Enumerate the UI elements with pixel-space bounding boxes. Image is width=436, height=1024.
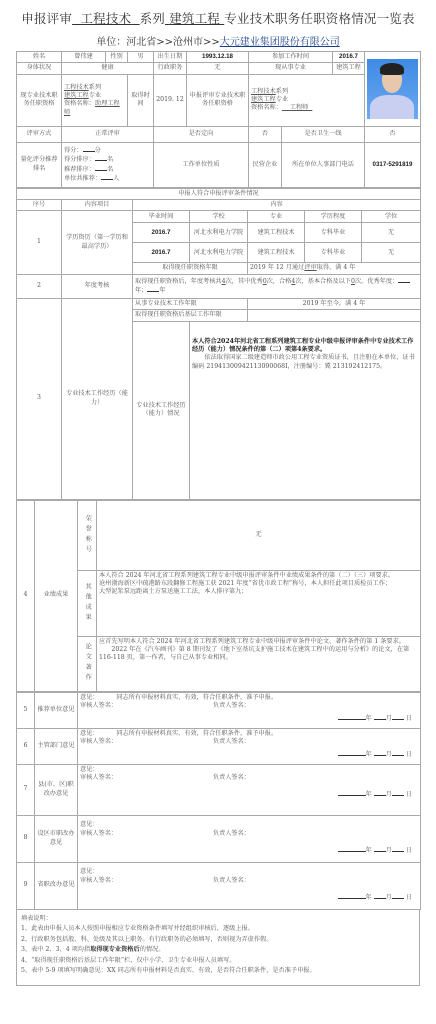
edu-item: 学历资历（第一学历和最高学历） bbox=[62, 211, 133, 274]
paper-label: 论文著作 bbox=[78, 636, 97, 691]
health-label: 身体状况 bbox=[17, 63, 62, 74]
basic-info-table: 姓名 曾伟建 性别 男 出生日期 1993.12.18 参加工作时间 2016.… bbox=[16, 51, 421, 188]
apply-name: 工程师 bbox=[290, 104, 309, 111]
title-series: 工程技术 bbox=[80, 11, 131, 26]
title-prefix: 申报评审 bbox=[21, 11, 72, 26]
cur-qual-series-suffix: 系列 bbox=[89, 84, 101, 91]
ach-no: 4 bbox=[17, 500, 35, 691]
col-content: 内容 bbox=[133, 200, 421, 211]
health-value: 健康 bbox=[62, 63, 154, 74]
birth-value: 1993.12.18 bbox=[187, 52, 249, 63]
cur-qual-value: 工程技术系列 建筑工程专业 资格名称：助理工程师 bbox=[62, 74, 128, 126]
edu-years-value: 2019 年 12 月通过评审取得，满 4 年 bbox=[248, 263, 421, 274]
unit-nature-value: 民营企业 bbox=[249, 142, 282, 187]
ach-item: 业绩成果 bbox=[35, 500, 78, 691]
note-item: 5、表中 5-9 项填写明确意见：XX 同志所有申报材料是否真实、有效，是否符合… bbox=[21, 966, 415, 977]
note-item: 4、“取得现任职资格后基层工作年限”栏，仅中小学、卫生专业申报人员填写。 bbox=[21, 956, 415, 967]
current-major-label: 现从事专业 bbox=[249, 63, 333, 74]
exp-item: 专业技术工作经历（能力） bbox=[62, 298, 133, 499]
ability-value: 本人符合2024年河北省工程系列建筑工程专业中级申报评审条件中专业技术工作经历（… bbox=[190, 321, 421, 499]
col-no: 序号 bbox=[17, 200, 62, 211]
score-lines: 得分：分 得分排序：名 推荐排序：名 单位共推荐：人 bbox=[62, 142, 154, 187]
edu-header: 学历程度 bbox=[305, 211, 362, 223]
col-item: 内容项目 bbox=[62, 200, 133, 211]
opinion-row: 5推荐单位意见 意见： 同志所有申报材料真实、有效，符合任职条件，准予申报。 审… bbox=[17, 692, 421, 728]
opinion-row: 6主管部门意见 意见： 同志所有申报材料真实、有效，符合任职条件，准予申报。 审… bbox=[17, 728, 421, 764]
apply-qual-value: 工程技术系列 建筑工程专业 资格名称： 工程师 bbox=[249, 74, 365, 126]
unit-name: 大元建业集团股份有限公司 bbox=[220, 37, 340, 48]
grassroots-label: 取得现任职资格后基层工作年限 bbox=[133, 310, 248, 321]
apply-major-suffix: 专业 bbox=[276, 96, 288, 103]
cur-qual-major-suffix: 专业 bbox=[89, 92, 101, 99]
hr-phone-value: 0317-5291819 bbox=[365, 142, 421, 187]
opinion-row: 7县(市、区)职改办意见 意见： 审核人签名：负责人签名： 年 月 日 bbox=[17, 764, 421, 815]
hr-phone-label: 所在单位人事部门电话 bbox=[282, 142, 365, 187]
work-years-value: 2019 年至今，满 4 年 bbox=[248, 298, 421, 309]
opinions-table: 5推荐单位意见 意见： 同志所有申报材料真实、有效，符合任职条件，准予申报。 审… bbox=[16, 692, 421, 910]
conditions-table: 申报人符合申报评审条件情况 序号 内容项目 内容 1 学历资历（第一学历和最高学… bbox=[16, 188, 421, 500]
directed-value: 否 bbox=[249, 126, 282, 142]
frontline-label: 是否卫生一线 bbox=[282, 126, 365, 142]
annual-value: 取得现任职资格后，年度考核共4次，其中优秀0次，合格4次，基本合格及以下0次。优… bbox=[133, 274, 421, 298]
current-major-value: 建筑工程 bbox=[333, 63, 365, 74]
obtain-time-value: 2019. 12 bbox=[154, 74, 187, 126]
apply-series: 工程技术 bbox=[251, 88, 276, 95]
edu-header: 学校 bbox=[190, 211, 248, 223]
conditions-title: 申报人符合申报评审条件情况 bbox=[17, 188, 421, 199]
gender-value: 男 bbox=[128, 52, 154, 63]
directed-label: 是否定向 bbox=[154, 126, 249, 142]
review-mode-label: 评审方式 bbox=[17, 126, 62, 142]
honor-value: 无 bbox=[97, 500, 421, 570]
edu-years-label: 取得现任职资格年限 bbox=[133, 263, 248, 274]
apply-major: 建筑工程 bbox=[251, 96, 276, 103]
achievements-table: 4 业绩成果 荣誉称号 无 其他成果 本人符合 2024 年河北省工程系列建筑工… bbox=[16, 500, 421, 692]
exp-no: 3 bbox=[17, 298, 62, 499]
grassroots-value bbox=[248, 310, 421, 321]
note-item: 2、行政职务包括股、科、处级及其以上职务。有行政职务的必须填写，否则视为弄虚作假… bbox=[21, 935, 415, 946]
obtain-time-label: 取得时间 bbox=[128, 74, 154, 126]
work-start-value: 2016.7 bbox=[333, 52, 365, 63]
fill-instructions: 填表说明： 1、此表由申报人员本人按照申报相应专业资格条件填写并经组织审核后，逐… bbox=[16, 910, 420, 986]
birth-label: 出生日期 bbox=[154, 52, 187, 63]
title-suffix: 专业技术职务任职资格情况一览表 bbox=[224, 11, 415, 26]
edu-header: 专业 bbox=[248, 211, 305, 223]
qualification-form: 申报评审 工程技术 系列 建筑工程 专业技术职务任职资格情况一览表 单位：河北省… bbox=[0, 9, 436, 986]
other-value: 本人符合 2024 年河北省工程系列建筑工程专业中级申报评审条件中业绩成果条件的… bbox=[97, 570, 421, 636]
opinion-row: 8设区市职改办意见 意见： 审核人签名：负责人签名： 年 月 日 bbox=[17, 815, 421, 862]
edu-header: 学位 bbox=[362, 211, 421, 223]
unit-label: 单位：河北省>>沧州市>> bbox=[96, 37, 220, 48]
photo-cell bbox=[365, 52, 421, 127]
cur-qual-name-label: 资格名称： bbox=[64, 100, 95, 107]
name-label: 姓名 bbox=[17, 52, 62, 63]
cur-qual-major: 建筑工程 bbox=[64, 92, 89, 99]
review-mode-value: 正常评审 bbox=[62, 126, 154, 142]
cur-qual-label: 现专业技术职务任职资格 bbox=[17, 74, 62, 126]
apply-series-suffix: 系列 bbox=[276, 88, 288, 95]
edu-header: 毕业时间 bbox=[133, 211, 190, 223]
paper-value: 应首先写明本人符合 2024 年河北省工程系列建筑工程专业中级申报评审条件中论文… bbox=[97, 636, 421, 691]
name-value: 曾伟建 bbox=[62, 52, 106, 63]
gender-label: 性别 bbox=[106, 52, 128, 63]
apply-name-label: 资格名称： bbox=[251, 104, 282, 111]
admin-label: 行政职务 bbox=[154, 63, 187, 74]
apply-qual-label: 申报评审专业技术职务任职资格 bbox=[187, 74, 249, 126]
frontline-value: 否 bbox=[365, 126, 421, 142]
other-label: 其他成果 bbox=[78, 570, 97, 636]
honor-label: 荣誉称号 bbox=[78, 500, 97, 570]
page-title: 申报评审 工程技术 系列 建筑工程 专业技术职务任职资格情况一览表 bbox=[16, 9, 420, 31]
cur-qual-series: 工程技术 bbox=[64, 84, 89, 91]
annual-item: 年度考核 bbox=[62, 274, 133, 298]
work-start-label: 参加工作时间 bbox=[249, 52, 333, 63]
applicant-photo bbox=[367, 59, 418, 119]
annual-no: 2 bbox=[17, 274, 62, 298]
score-label: 量化评分推荐排名 bbox=[17, 142, 62, 187]
unit-nature-label: 工作单位性质 bbox=[154, 142, 249, 187]
note-item: 1、此表由申报人员本人按照申报相应专业资格条件填写并经组织审核后，逐级上报。 bbox=[21, 924, 415, 935]
opinion-row: 9省职改办意见 意见： 审核人签名：负责人签名： 年 月 日 bbox=[17, 862, 421, 909]
note-item: 3、表中 2、3、4 项均指取得现专业资格后的情况。 bbox=[21, 945, 415, 956]
admin-value: 无 bbox=[187, 63, 249, 74]
ability-label: 专业技术工作经历（能力）情况 bbox=[133, 321, 190, 499]
edu-no: 1 bbox=[17, 211, 62, 274]
work-years-label: 从事专业技术工作年限 bbox=[133, 298, 248, 309]
unit-line: 单位：河北省>>沧州市>>大元建业集团股份有限公司 bbox=[16, 33, 420, 51]
title-specialty: 建筑工程 bbox=[169, 11, 220, 26]
title-series-suffix: 系列 bbox=[140, 11, 165, 26]
notes-title: 填表说明： bbox=[21, 914, 415, 925]
